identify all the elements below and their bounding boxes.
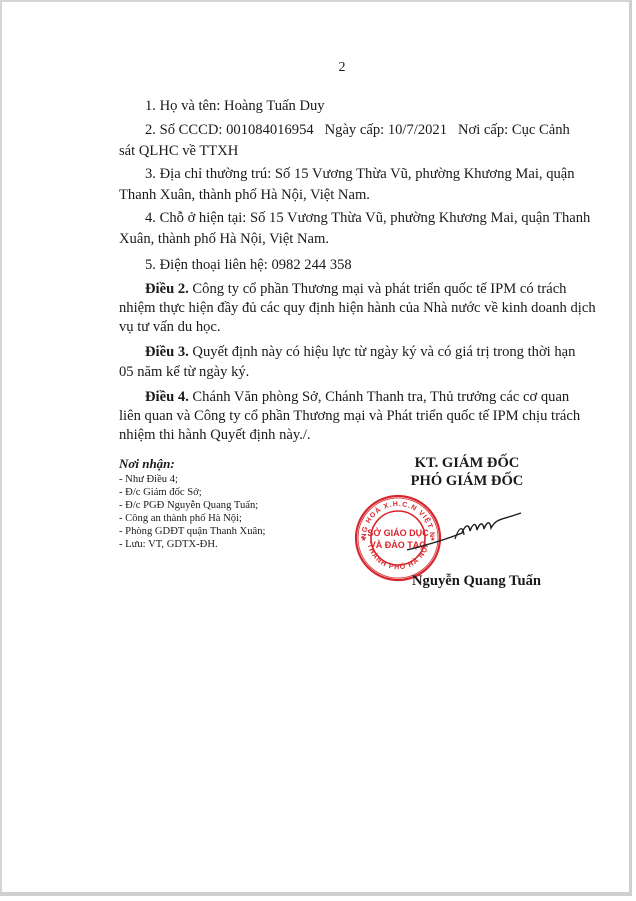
article-2-line3: vụ tư vấn du học.: [119, 318, 221, 336]
article-3-label: Điều 3.: [145, 344, 189, 360]
signature-title-2: PHÓ GIÁM ĐỐC: [382, 473, 552, 490]
recipients-title: Nơi nhận:: [119, 456, 175, 472]
info-id-card: 2. Số CCCD: 001084016954 Ngày cấp: 10/7/…: [145, 121, 570, 139]
recipient-item: - Phòng GDĐT quận Thanh Xuân;: [119, 526, 265, 538]
info-permanent-address: 3. Địa chỉ thường trú: Số 15 Vương Thừa …: [145, 165, 575, 183]
info-id-card-cont: sát QLHC về TTXH: [119, 142, 238, 160]
recipient-item: - Lưu: VT, GDTX-ĐH.: [119, 539, 218, 551]
handwritten-signature-icon: [407, 505, 522, 555]
recipient-item: - Như Điều 4;: [119, 474, 178, 486]
signer-name: Nguyễn Quang Tuấn: [412, 573, 562, 590]
info-current-address: 4. Chỗ ở hiện tại: Số 15 Vương Thừa Vũ, …: [145, 209, 590, 227]
article-2: Điều 2. Công ty cổ phần Thương mại và ph…: [145, 280, 566, 298]
document-page: 2 1. Họ và tên: Hoàng Tuấn Duy 2. Số CCC…: [0, 0, 632, 896]
article-4-line2: liên quan và Công ty cổ phần Thương mại …: [119, 407, 580, 425]
article-2-line2: nhiệm thực hiện đầy đủ các quy định hiện…: [119, 299, 596, 317]
info-phone: 5. Điện thoại liên hệ: 0982 244 358: [145, 256, 352, 274]
recipient-item: - Đ/c Giám đốc Sở;: [119, 487, 202, 499]
svg-text:★: ★: [361, 536, 366, 543]
signature-title-1: KT. GIÁM ĐỐC: [382, 455, 552, 472]
article-4-text: Chánh Văn phòng Sở, Chánh Thanh tra, Thủ…: [189, 389, 569, 405]
info-name: 1. Họ và tên: Hoàng Tuấn Duy: [145, 97, 325, 115]
recipient-item: - Công an thành phố Hà Nội;: [119, 513, 242, 525]
page-number: 2: [2, 59, 636, 77]
article-3-line2: 05 năm kể từ ngày ký.: [119, 363, 249, 381]
info-current-address-cont: Xuân, thành phố Hà Nội, Việt Nam.: [119, 230, 329, 248]
article-4-line3: nhiệm thi hành Quyết định này./.: [119, 426, 311, 444]
article-4: Điều 4. Chánh Văn phòng Sở, Chánh Thanh …: [145, 388, 569, 406]
recipient-item: - Đ/c PGĐ Nguyễn Quang Tuấn;: [119, 500, 258, 512]
info-permanent-address-cont: Thanh Xuân, thành phố Hà Nội, Việt Nam.: [119, 186, 370, 204]
article-3: Điều 3. Quyết định này có hiệu lực từ ng…: [145, 343, 575, 361]
article-4-label: Điều 4.: [145, 389, 189, 405]
article-3-text: Quyết định này có hiệu lực từ ngày ký và…: [189, 344, 576, 360]
article-2-text: Công ty cổ phần Thương mại và phát triển…: [189, 281, 567, 297]
article-2-label: Điều 2.: [145, 281, 189, 297]
